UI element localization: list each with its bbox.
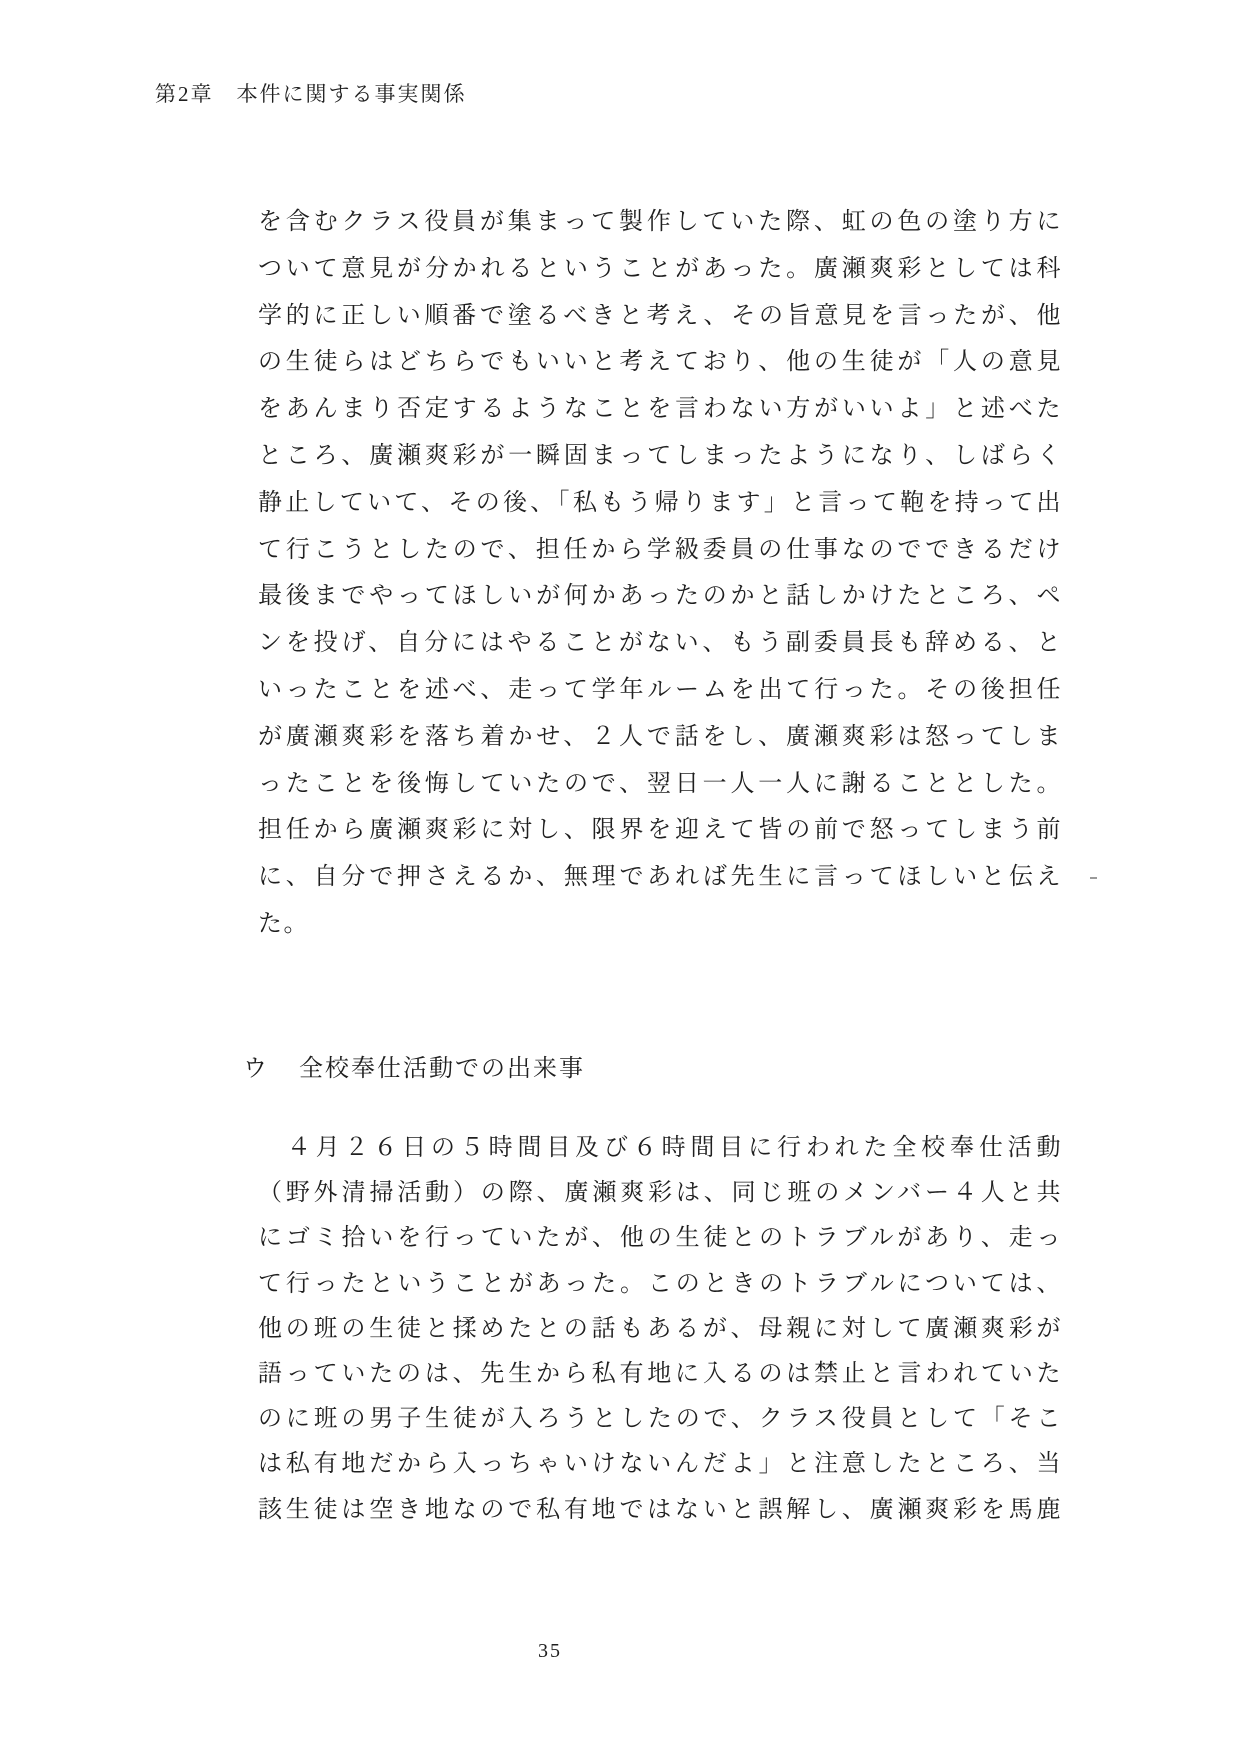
text-line: て行こうとしたので、担任から学級委員の仕事なのでできるだけ	[258, 527, 1062, 574]
text-line: 静止していて、その後、「私もう帰ります」と言って鞄を持って出	[258, 480, 1062, 527]
text-line: 語っていたのは、先生から私有地に入るのは禁止と言われていた	[258, 1352, 1062, 1397]
text-line: のに班の男子生徒が入ろうとしたので、クラス役員として「そこ	[258, 1397, 1062, 1442]
text-line: ４月２６日の５時間目及び６時間目に行われた全校奉仕活動	[258, 1126, 1062, 1171]
text-line: の生徒らはどちらでもいいと考えており、他の生徒が「人の意見	[258, 339, 1062, 386]
body-paragraph-1: を含むクラス役員が集まって製作していた際、虹の色の塗り方に ついて意見が分かれる…	[258, 199, 1062, 948]
text-line: ンを投げ、自分にはやることがない、もう副委員長も辞める、と	[258, 620, 1062, 667]
text-line: 該生徒は空き地なので私有地ではないと誤解し、廣瀬爽彩を馬鹿	[258, 1488, 1062, 1533]
text-line: 学的に正しい順番で塗るべきと考え、その旨意見を言ったが、他	[258, 293, 1062, 340]
section-title: 全校奉仕活動での出来事	[299, 1056, 585, 1082]
text-line: いったことを述べ、走って学年ルームを出て行った。その後担任	[258, 667, 1062, 714]
chapter-header: 第2章 本件に関する事実関係	[155, 78, 467, 108]
text-line: をあんまり否定するようなことを言わない方がいいよ」と述べた	[258, 386, 1062, 433]
body-paragraph-2: ４月２６日の５時間目及び６時間目に行われた全校奉仕活動 （野外清掃活動）の際、廣…	[258, 1126, 1062, 1533]
text-line: ついて意見が分かれるということがあった。廣瀬爽彩としては科	[258, 246, 1062, 293]
text-line: ったことを後悔していたので、翌日一人一人に謝ることとした。	[258, 761, 1062, 808]
section-marker: ウ	[243, 1048, 269, 1083]
text-line: た。	[258, 901, 1062, 948]
scan-artifact-mark	[1090, 877, 1097, 879]
text-line: （野外清掃活動）の際、廣瀬爽彩は、同じ班のメンバー４人と共	[258, 1171, 1062, 1216]
text-line: に、自分で押さえるか、無理であれば先生に言ってほしいと伝え	[258, 854, 1062, 901]
text-line: 最後までやってほしいが何かあったのかと話しかけたところ、ペ	[258, 573, 1062, 620]
text-line: にゴミ拾いを行っていたが、他の生徒とのトラブルがあり、走っ	[258, 1216, 1062, 1261]
page-number: 35	[0, 1640, 1100, 1663]
text-line: 担任から廣瀬爽彩に対し、限界を迎えて皆の前で怒ってしまう前	[258, 807, 1062, 854]
text-line: は私有地だから入っちゃいけないんだよ」と注意したところ、当	[258, 1442, 1062, 1487]
text-line: て行ったということがあった。このときのトラブルについては、	[258, 1262, 1062, 1307]
document-page: 第2章 本件に関する事実関係 を含むクラス役員が集まって製作していた際、虹の色の…	[0, 0, 1239, 1754]
text-line: を含むクラス役員が集まって製作していた際、虹の色の塗り方に	[258, 199, 1062, 246]
text-line: ところ、廣瀬爽彩が一瞬固まってしまったようになり、しばらく	[258, 433, 1062, 480]
text-line: が廣瀬爽彩を落ち着かせ、２人で話をし、廣瀬爽彩は怒ってしま	[258, 714, 1062, 761]
section-heading: ウ全校奉仕活動での出来事	[243, 1048, 585, 1083]
text-line: 他の班の生徒と揉めたとの話もあるが、母親に対して廣瀬爽彩が	[258, 1307, 1062, 1352]
